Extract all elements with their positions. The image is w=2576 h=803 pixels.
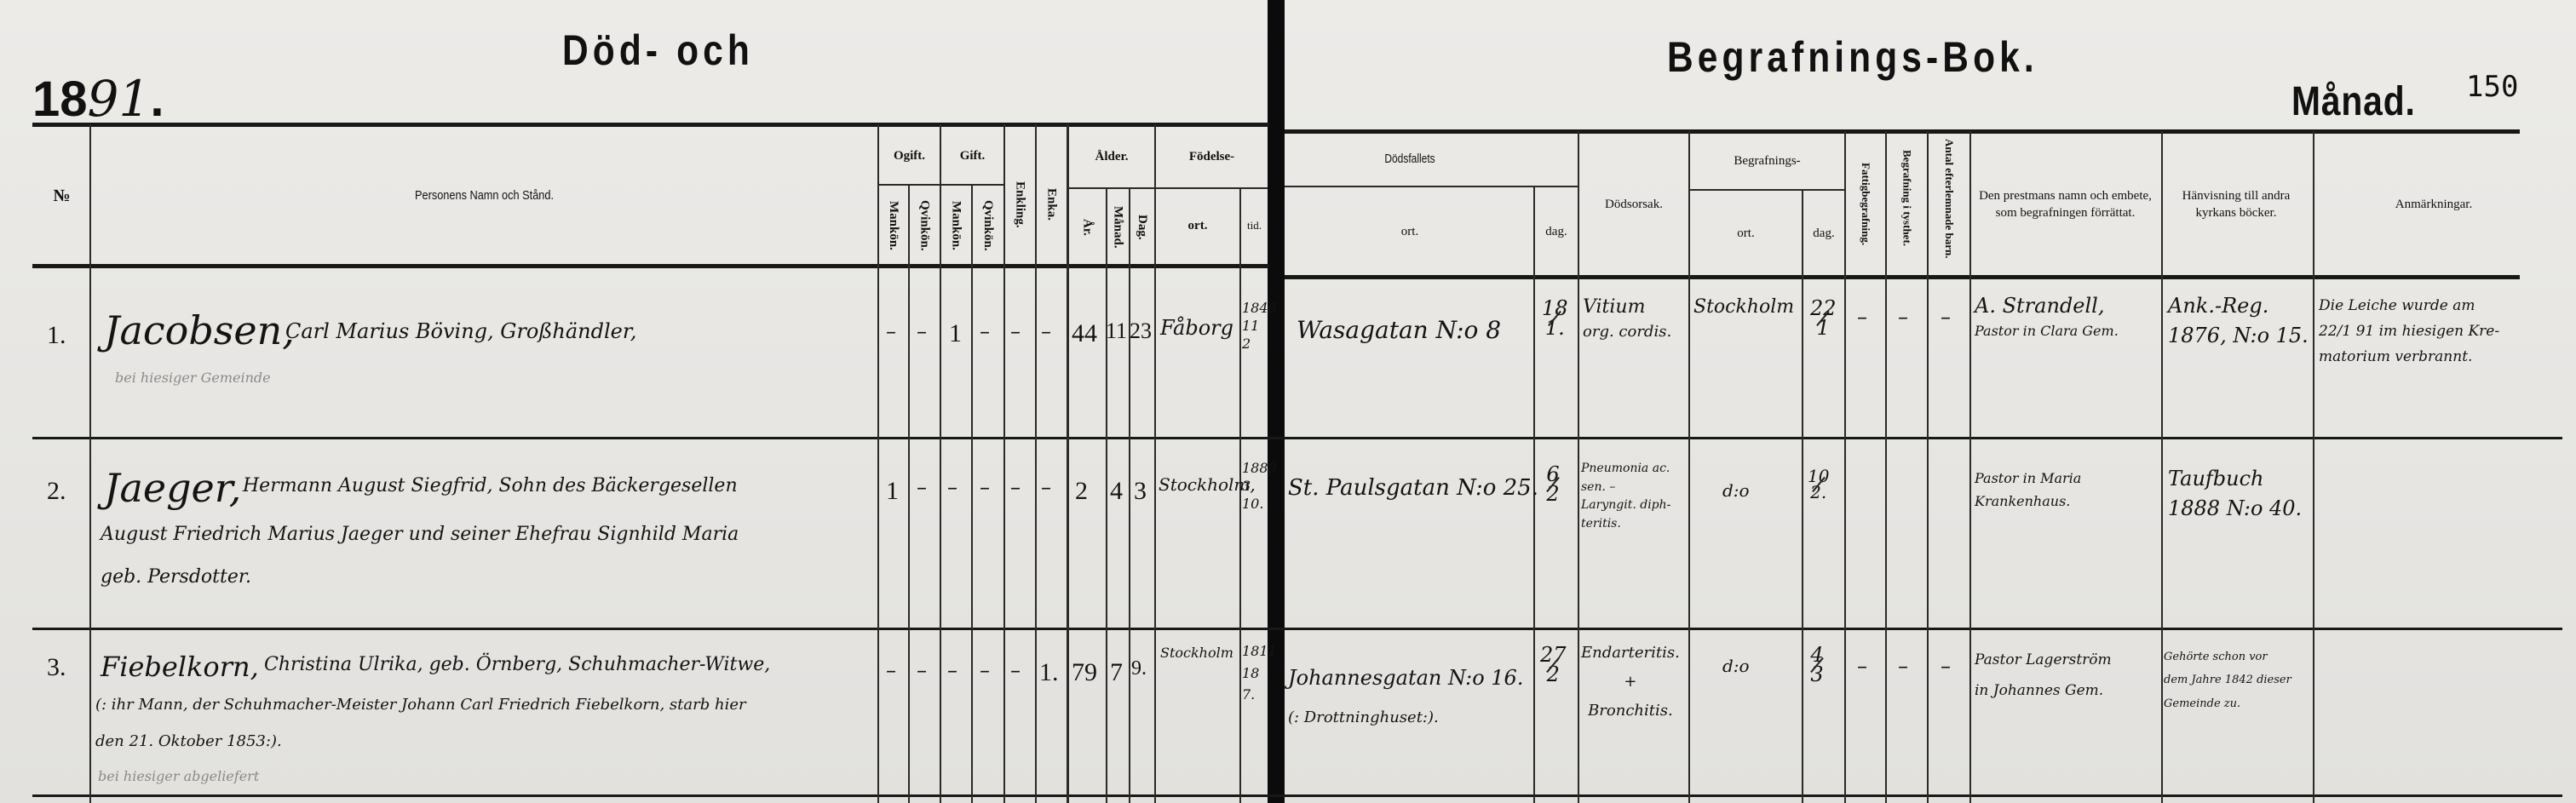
reference-line: Ank.-Reg. — [2168, 291, 2309, 321]
pauper-burial: – — [1857, 651, 1867, 681]
priest-office: Krankenhaus. — [1975, 490, 2081, 513]
entry-name-line: Christina Ulrika, geb. Örnberg, Schuhmac… — [264, 651, 770, 679]
entry-name-line: den 21. Oktober 1853:). — [95, 731, 282, 753]
cause-of-death: Vitium org. cordis. — [1583, 294, 1671, 343]
reference: Gehörte schon vor dem Jahre 1842 dieser … — [2164, 645, 2291, 715]
row1-bottom-rule — [32, 437, 2562, 439]
birth-month: 10. — [1242, 496, 1277, 513]
age-months: 7 — [1110, 654, 1123, 691]
death-date: 62 — [1544, 460, 1562, 505]
header-begrafning-tysthet: Begrafning i tysthet. — [1887, 135, 1927, 262]
enkling: – — [1010, 317, 1021, 347]
quiet-burial: – — [1898, 302, 1908, 332]
burial-place: Stockholm — [1693, 294, 1794, 321]
reference-line: Gemeinde zu. — [2164, 692, 2291, 715]
header-dodsfallets: Dödsfallets — [1311, 135, 1509, 184]
header-dag: Dag. — [1130, 192, 1154, 262]
header-fodelse-ort: ort. — [1156, 189, 1239, 262]
cause-line: + — [1581, 668, 1680, 697]
header-fodelse: Födelse- — [1156, 128, 1268, 186]
remarks: Die Leiche wurde am 22/1 91 im hiesigen … — [2319, 294, 2499, 370]
year-handwritten: 91 — [88, 70, 151, 128]
birth-place: Fåborg — [1160, 313, 1233, 343]
subheader-line — [877, 184, 1003, 186]
ogift-qvinkon: – — [917, 473, 927, 502]
death-month: 1. — [1545, 318, 1565, 339]
header-fattigbegrafning: Fattigbegrafning. — [1846, 135, 1885, 274]
reference-line: dem Jahre 1842 dieser — [2164, 668, 2291, 691]
age-months: 4 — [1110, 473, 1123, 510]
ogift-mankon: – — [886, 317, 896, 347]
entry-number: 3. — [47, 649, 66, 686]
header-bottom-rule-left — [32, 264, 1269, 268]
birth-month: 7. — [1242, 684, 1277, 706]
entry-name-line: (: ihr Mann, der Schuhmacher-Meister Joh… — [95, 694, 746, 716]
entry-number: 1. — [47, 317, 66, 354]
gift-mankon: – — [947, 473, 957, 502]
title-right: Begrafnings-Bok. — [1667, 32, 2038, 82]
death-date: 272 — [1540, 640, 1567, 685]
enka: 1. — [1039, 654, 1059, 691]
burial-date: 43 — [1808, 640, 1826, 685]
header-bottom-rule-right — [1285, 275, 2520, 279]
col-divider — [1969, 131, 1971, 803]
enka: – — [1041, 317, 1051, 347]
year-label: 1891. — [32, 70, 164, 128]
entry-name-line: Hermann August Siegfrid, Sohn des Bäcker… — [243, 473, 738, 500]
col-divider — [1106, 187, 1107, 803]
birth-date: 1846 11 2 — [1242, 300, 1277, 353]
entry-faint-note: bei hiesiger Gemeinde — [115, 368, 271, 387]
age-years: 44 — [1072, 315, 1097, 353]
birth-month: 2 — [1242, 336, 1277, 353]
top-rule-right — [1285, 129, 2520, 134]
reference-line: Taufbuch — [2168, 464, 2302, 494]
header-name: Personens Namn och Stånd. — [150, 128, 819, 264]
enka: – — [1041, 473, 1051, 502]
col-divider — [2161, 131, 2163, 803]
burial-month: 2. — [1810, 484, 1826, 502]
header-gift-mankon: Mankön. — [941, 189, 971, 262]
reference: Taufbuch 1888 N:o 40. — [2168, 464, 2302, 524]
priest-name: Pastor Lagerström — [1975, 645, 2112, 676]
header-prest: Den prestmans namn och embete, som begra… — [1978, 135, 2153, 274]
ogift-qvinkon: – — [917, 656, 927, 685]
cause-line: Pneumonia ac. — [1581, 460, 1670, 479]
header-fodelse-tid: tid. — [1241, 189, 1268, 262]
header-begrafnings: Begrafnings- — [1690, 135, 1844, 187]
row2-bottom-rule — [32, 628, 2562, 630]
age-years: 2 — [1075, 473, 1088, 510]
birth-day: 18 — [1242, 662, 1277, 685]
header-enkling: Enkling. — [1005, 162, 1035, 247]
cause-line: Bronchitis. — [1581, 697, 1680, 726]
reference-line: 1876, N:o 15. — [2168, 321, 2309, 351]
age-days: 9. — [1131, 654, 1147, 684]
subheader-line — [1285, 186, 1578, 187]
cause-line: org. cordis. — [1583, 321, 1671, 343]
gift-qvinkon: – — [980, 473, 990, 502]
entry-surname: Jacobsen, — [104, 302, 295, 359]
age-months: 11 — [1106, 315, 1127, 347]
priest-office: in Johannes Gem. — [1975, 676, 2112, 707]
cause-line: sen. – — [1581, 479, 1670, 497]
enkling: – — [1010, 656, 1021, 685]
remark-line: Die Leiche wurde am — [2319, 294, 2499, 319]
pauper-burial: – — [1857, 302, 1867, 332]
officiating-priest: Pastor in Maria Krankenhaus. — [1975, 467, 2081, 513]
ogift-mankon: 1 — [886, 473, 899, 510]
header-gift-qvinkon: Qvinkön. — [973, 189, 1003, 262]
death-place: Johannesgatan N:o 16. (: Drottninghuset:… — [1288, 656, 1523, 734]
reference-line: 1888 N:o 40. — [2168, 494, 2302, 524]
burial-place: d:o — [1722, 654, 1750, 679]
cause-line: Endarteritis. — [1581, 639, 1680, 668]
age-days: 23 — [1130, 315, 1152, 347]
header-ogift-mankon: Mankön. — [879, 189, 908, 262]
death-place: St. Paulsgatan N:o 25. — [1288, 473, 1538, 505]
header-enka: Enka. — [1037, 162, 1067, 247]
entry-surname: Fiebelkorn, — [101, 647, 259, 686]
col-divider — [971, 186, 973, 803]
cause-of-death: Pneumonia ac. sen. – Laryngit. diph- ter… — [1581, 460, 1670, 534]
birth-day: 11 — [1242, 318, 1277, 336]
birth-day: 3 — [1242, 478, 1277, 496]
death-place-line: (: Drottninghuset:). — [1288, 701, 1523, 735]
row3-bottom-rule — [32, 794, 2562, 797]
burial-date: 221 — [1810, 294, 1837, 339]
header-dodsfallets-dag: dag. — [1535, 189, 1578, 274]
header-hanvisning: Hänvisning till andra kyrkans böcker. — [2172, 135, 2300, 274]
birth-date: 1888 3 10. — [1242, 460, 1277, 513]
birth-date: 1811 18 7. — [1242, 640, 1277, 706]
priest-name: A. Strandell, — [1975, 291, 2119, 321]
ogift-qvinkon: – — [917, 317, 927, 347]
cause-line: teritis. — [1581, 515, 1670, 534]
cause-of-death: Endarteritis. + Bronchitis. — [1581, 639, 1680, 726]
header-no: № — [34, 128, 89, 264]
birth-place: Stockholm — [1160, 643, 1233, 662]
header-ar: År. — [1069, 192, 1106, 262]
quiet-burial: – — [1898, 651, 1908, 681]
ogift-mankon: – — [886, 656, 896, 685]
gift-qvinkon: – — [980, 656, 990, 685]
officiating-priest: Pastor Lagerström in Johannes Gem. — [1975, 645, 2112, 706]
entry-faint-note: bei hiesiger abgeliefert — [98, 766, 259, 786]
remark-line: matorium verbrannt. — [2319, 345, 2499, 370]
death-place-line: Johannesgatan N:o 16. — [1288, 656, 1523, 701]
header-anmarkningar: Anmärkningar. — [2314, 135, 2553, 274]
gift-mankon: – — [947, 656, 957, 685]
page-number: 150 — [2466, 70, 2518, 104]
header-begrafnings-ort: ort. — [1690, 192, 1802, 274]
entry-name-line: August Friedrich Marius Jaeger und seine… — [101, 521, 739, 548]
header-ogift-qvinkon: Qvinkön. — [910, 189, 940, 262]
birth-place: Stockholm, — [1159, 473, 1256, 497]
entry-surname: Jaeger, — [104, 460, 241, 517]
gift-mankon: 1 — [949, 315, 962, 353]
header-alder: Ålder. — [1069, 128, 1154, 186]
birth-year: 1888 — [1242, 460, 1277, 478]
priest-office: Pastor in Maria — [1975, 467, 2081, 490]
entry-name-line: Carl Marius Böving, Großhändler, — [285, 317, 636, 347]
header-manad: Månad. — [1107, 192, 1129, 262]
gift-qvinkon: – — [980, 317, 990, 347]
reference-line: Gehörte schon vor — [2164, 645, 2291, 668]
age-days: 3 — [1134, 473, 1147, 510]
enkling: – — [1010, 473, 1021, 502]
col-divider — [1802, 189, 1803, 803]
top-rule-left — [32, 123, 1269, 127]
cause-line: Laryngit. diph- — [1581, 496, 1670, 515]
death-date: 181. — [1542, 294, 1568, 339]
col-divider — [89, 124, 91, 803]
header-antal-barn: Antal efterlemnade barn. — [1929, 135, 1969, 262]
surviving-children: – — [1941, 302, 1951, 332]
reference: Ank.-Reg. 1876, N:o 15. — [2168, 291, 2309, 351]
remark-line: 22/1 91 im hiesigen Kre- — [2319, 319, 2499, 345]
col-divider — [908, 186, 910, 803]
death-place: Wasagatan N:o 8 — [1297, 313, 1501, 348]
priest-office: Pastor in Clara Gem. — [1975, 321, 2119, 341]
col-divider — [1129, 187, 1130, 803]
header-dodsfallets-ort: ort. — [1286, 189, 1533, 274]
birth-year: 1811 — [1242, 640, 1277, 662]
surviving-children: – — [1941, 651, 1951, 681]
birth-year: 1846 — [1242, 300, 1277, 318]
header-begrafnings-dag: dag. — [1803, 192, 1844, 274]
header-gift: Gift. — [941, 128, 1003, 184]
age-years: 79 — [1072, 654, 1097, 691]
entry-number: 2. — [47, 473, 66, 510]
burial-date: 102. — [1808, 464, 1829, 502]
header-ogift: Ogift. — [879, 128, 940, 184]
entry-name-line: geb. Persdotter. — [101, 564, 251, 591]
burial-place: d:o — [1722, 479, 1750, 503]
subheader-line — [1688, 189, 1844, 191]
cause-line: Vitium — [1583, 294, 1671, 321]
title-left: Död- och — [562, 26, 754, 75]
header-dodsorsak: Dödsorsak. — [1579, 135, 1688, 274]
officiating-priest: A. Strandell, Pastor in Clara Gem. — [1975, 291, 2119, 341]
month-label: Månad. — [2291, 78, 2416, 125]
